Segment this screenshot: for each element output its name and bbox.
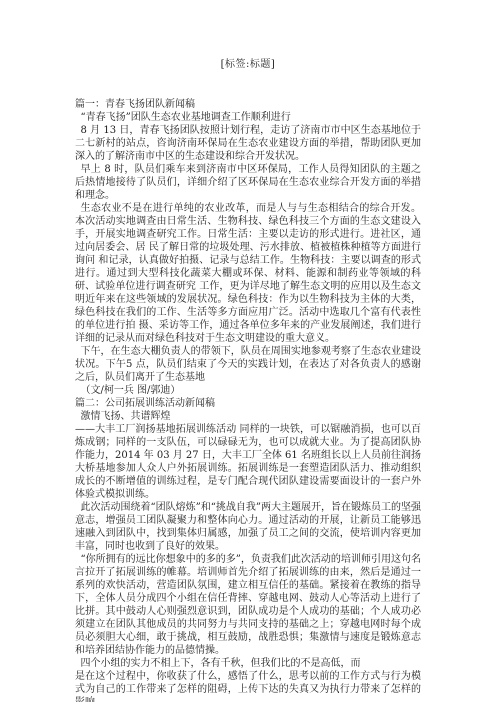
byline: （文/柯一兵 图/郭迪） bbox=[75, 384, 421, 397]
document-title-placeholder: [标签:标题] bbox=[75, 58, 421, 71]
document-page: [标签:标题] 篇一：青春飞扬团队新闻稿 “青春飞扬”团队生态农业基地调查工作顺… bbox=[0, 0, 496, 702]
section-heading-1: 篇一：青春飞扬团队新闻稿 bbox=[75, 98, 421, 111]
paragraph: ——大丰工厂润扬基地拓展训练活动 同样的一块铁，可以锯融消损，也可以百炼成钢；同… bbox=[75, 423, 421, 501]
paragraph: 四个小组的实力不相上下，各有千秋，但我们比的不是高低，而 bbox=[75, 657, 421, 670]
section-heading-2: 篇二：公司拓展训练活动新闻稿 bbox=[75, 397, 421, 410]
paragraph: 生态农业不是在进行单纯的农业改革，而是人与与生态相结合的综合开发。 本次活动实地… bbox=[75, 202, 421, 345]
paragraph: 是在这个过程中，你收获了什么，感悟了什么，思考以前的工作方式与行为模式为自己的工… bbox=[75, 670, 421, 702]
paragraph: 此次活动围绕着“团队熔炼”和“挑战自我”两大主题展开，旨在锻炼员工的坚强意志，增… bbox=[75, 501, 421, 553]
article-subtitle-2: 激情飞扬、共谱辉煌 bbox=[75, 410, 421, 423]
paragraph: 早上 8 时，队员们乘车来到济南市中区环保局，工作人员得知团队的主题之后热情地接… bbox=[75, 163, 421, 202]
paragraph: 下午，在生态大棚负责人的带领下，队员在周围实地参观考察了生态农业建设状况。下午5… bbox=[75, 345, 421, 384]
paragraph: “你所拥有的远比你想象中的多的多”，负责我们此次活动的培训师引用这句名言拉开了拓… bbox=[75, 553, 421, 657]
article-subtitle-1: “青春飞扬”团队生态农业基地调查工作顺利进行 bbox=[75, 111, 421, 124]
paragraph: 8 月 13 日，青春飞扬团队按照计划行程，走访了济南市市中区生态基地位于二七新… bbox=[75, 124, 421, 163]
